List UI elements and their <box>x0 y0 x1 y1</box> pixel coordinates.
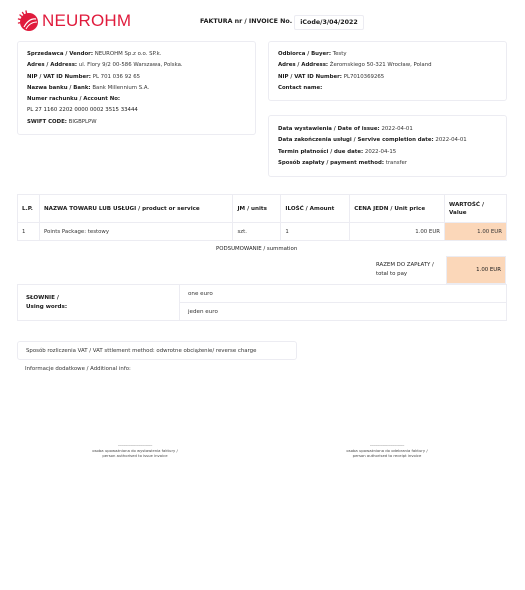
buyer-nip: PL7010369265 <box>344 74 385 80</box>
col-lp: L.P. <box>18 195 40 223</box>
col-value: WARTOŚĆ / Value <box>445 195 507 223</box>
cell-product: Points Package: testowy <box>39 223 232 241</box>
buyer-name: Testy <box>333 51 347 57</box>
company-logo: NEUROHM <box>17 10 131 32</box>
vendor-bank: Bank Millennium S.A. <box>92 85 149 91</box>
invoice-label: FAKTURA nr / INVOICE No. <box>200 18 292 25</box>
due-date: 2022-04-15 <box>365 149 396 155</box>
logo-text: NEUROHM <box>42 11 131 31</box>
cell-lp: 1 <box>18 223 40 241</box>
total-label: RAZEM DO ZAPŁATY / total to pay <box>376 261 434 278</box>
vat-method: Sposób rozliczenia VAT / VAT sttlement m… <box>17 341 297 360</box>
cell-unit-price: 1.00 EUR <box>350 223 445 241</box>
total-value: 1.00 EUR <box>446 256 506 284</box>
cell-amount: 1 <box>281 223 350 241</box>
col-product: NAZWA TOWARU LUB USŁUGI / product or ser… <box>39 195 232 223</box>
table-row: 1 Points Package: testowy szt. 1 1.00 EU… <box>18 223 507 241</box>
words-polish: jeden euro <box>180 303 507 321</box>
issuer-signature: -------------------------------- osoba u… <box>60 442 210 459</box>
neurohm-logo-icon <box>17 10 39 32</box>
payment-method: transfer <box>386 160 407 166</box>
vendor-box: Sprzedawca / Vendor: NEUROHM Sp.z o.o. S… <box>17 41 256 135</box>
due-date-line: Termin płatności / due date: 2022-04-15 <box>278 147 497 158</box>
vendor-address: ul. Flory 9/2 00-586 Warszawa, Polska. <box>79 62 183 68</box>
buyer-box: Odbiorca / Buyer: Testy Adres / Address:… <box>268 41 507 101</box>
vendor-nip: PL 701 036 92 65 <box>93 74 140 80</box>
col-unit-price: CENA JEDN / Unit price <box>350 195 445 223</box>
buyer-nip-line: NIP / VAT ID Number: PL7010369265 <box>278 72 497 83</box>
col-amount: ILOŚĆ / Amount <box>281 195 350 223</box>
invoice-number: iCode/3/04/2022 <box>294 15 364 30</box>
buyer-name-line: Odbiorca / Buyer: Testy <box>278 49 497 60</box>
vendor-nip-line: NIP / VAT ID Number: PL 701 036 92 65 <box>27 72 246 83</box>
issue-date: 2022-04-01 <box>381 126 412 132</box>
vendor-name-line: Sprzedawca / Vendor: NEUROHM Sp.z o.o. S… <box>27 49 246 60</box>
words-row-english: SŁOWNIE / Using words: one euro <box>18 285 507 303</box>
completion-date: 2022-04-01 <box>435 137 466 143</box>
vendor-name: NEUROHM Sp.z o.o. SP.k. <box>95 51 162 57</box>
additional-info-label: Informacje dodatkowe / Additional info: <box>25 366 131 372</box>
dates-box: Data wystawienia / Date of issue: 2022-0… <box>268 115 507 177</box>
col-units: JM / units <box>233 195 281 223</box>
vendor-swift-line: SWIFT CODE: BIGBPLPW <box>27 117 246 128</box>
receiver-signature: -------------------------------- osoba u… <box>312 442 462 459</box>
issue-date-line: Data wystawienia / Date of issue: 2022-0… <box>278 124 497 135</box>
items-table: L.P. NAZWA TOWARU LUB USŁUGI / product o… <box>17 194 507 241</box>
completion-date-line: Data zakończenia usługi / Servive comple… <box>278 135 497 146</box>
vendor-bank-line: Nazwa banku / Bank: Bank Millennium S.A. <box>27 83 246 94</box>
vendor-account-label: Numer rachunku / Account No: <box>27 94 246 105</box>
vendor-swift: BIGBPLPW <box>69 119 97 125</box>
table-header-row: L.P. NAZWA TOWARU LUB USŁUGI / product o… <box>18 195 507 223</box>
amount-in-words: SŁOWNIE / Using words: one euro jeden eu… <box>17 284 507 321</box>
vendor-address-line: Adres / Address: ul. Flory 9/2 00-586 Wa… <box>27 60 246 71</box>
cell-value: 1.00 EUR <box>445 223 507 241</box>
buyer-address-line: Adres / Address: Żeromskiego 50-321 Wroc… <box>278 60 497 71</box>
payment-method-line: Sposób zapłaty / payment method: transfe… <box>278 158 497 169</box>
words-label: SŁOWNIE / Using words: <box>18 285 180 321</box>
buyer-address: Żeromskiego 50-321 Wrocław, Poland <box>330 62 432 68</box>
words-english: one euro <box>180 285 507 303</box>
vendor-account: PL 27 1160 2202 0000 0002 3515 33444 <box>27 105 246 116</box>
buyer-contact-line: Contact name: <box>278 83 497 94</box>
cell-units: szt. <box>233 223 281 241</box>
summary-label: PODSUMOWANIE / summation <box>216 246 297 252</box>
